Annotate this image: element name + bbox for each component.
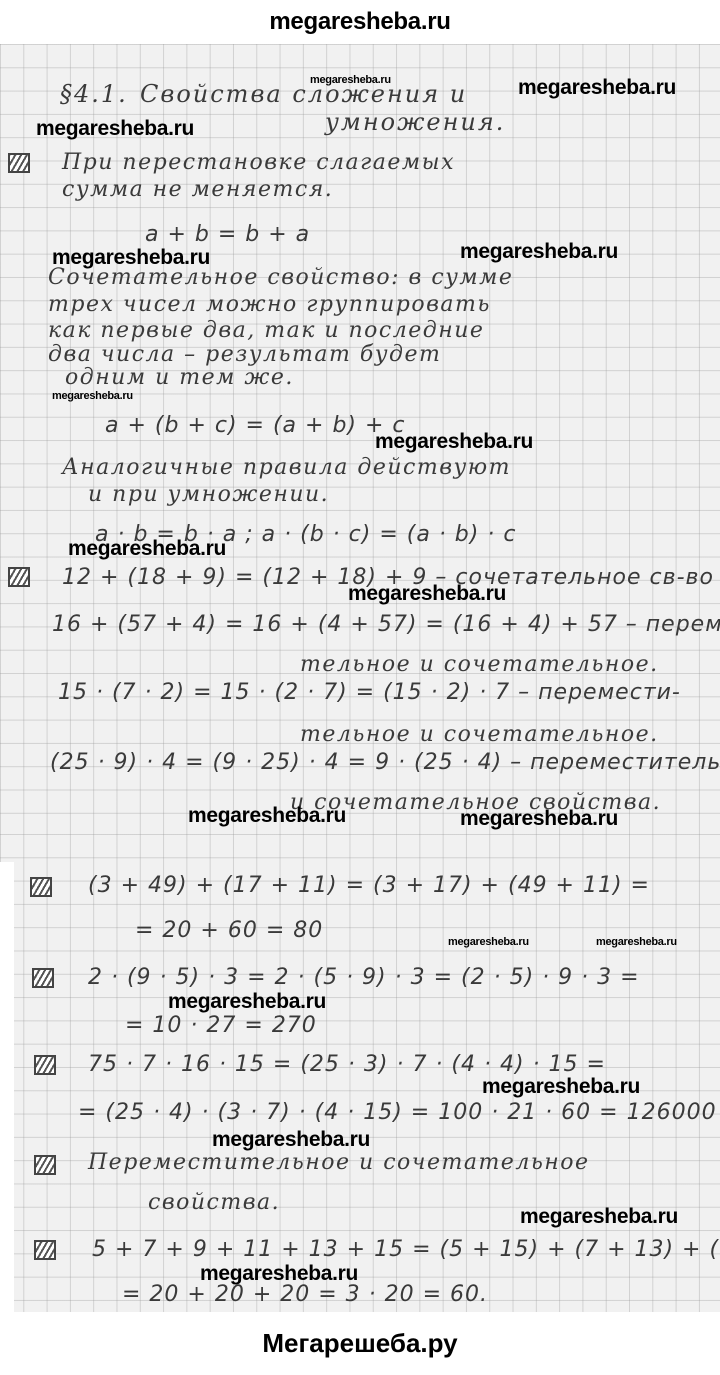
watermark: megaresheba.ru bbox=[520, 1205, 678, 1229]
problem-4-marker bbox=[32, 968, 54, 988]
problem-3-line: (3 + 49) + (17 + 11) = (3 + 17) + (49 + … bbox=[88, 873, 650, 898]
commutative-formula: a + b = b + a bbox=[145, 222, 310, 247]
watermark: megaresheba.ru bbox=[188, 804, 346, 828]
watermark: megaresheba.ru bbox=[348, 582, 506, 606]
watermark: megaresheba.ru bbox=[596, 936, 677, 948]
problem-1-line: При перестановке слагаемых bbox=[62, 150, 455, 175]
problem-7-line: 5 + 7 + 9 + 11 + 13 + 15 = (5 + 15) + (7… bbox=[92, 1237, 720, 1262]
watermark: megaresheba.ru bbox=[460, 807, 618, 831]
problem-2-line: (25 · 9) · 4 = (9 · 25) · 4 = 9 · (25 · … bbox=[50, 750, 720, 775]
problem-6-line: Переместительное и сочетательное bbox=[88, 1150, 590, 1175]
associative-formula: a + (b + c) = (a + b) + c bbox=[105, 413, 406, 438]
section-number: §4.1. bbox=[60, 80, 128, 108]
problem-2-line: 15 · (7 · 2) = 15 · (2 · 7) = (15 · 2) ·… bbox=[58, 680, 681, 705]
problem-2-marker bbox=[8, 567, 30, 587]
problem-1-line: и при умножении. bbox=[88, 482, 329, 507]
watermark: megaresheba.ru bbox=[518, 76, 676, 100]
problem-1-line: Аналогичные правила действуют bbox=[62, 455, 511, 480]
problem-1-line: одним и тем же. bbox=[65, 365, 294, 390]
problem-2-line: тельное и сочетательное. bbox=[300, 652, 659, 677]
problem-6-marker bbox=[34, 1155, 56, 1175]
watermark: megaresheba.ru bbox=[448, 936, 529, 948]
problem-6-line: свойства. bbox=[148, 1190, 280, 1215]
problem-7-marker bbox=[34, 1240, 56, 1260]
watermark: megaresheba.ru bbox=[482, 1075, 640, 1099]
problem-2-line: 16 + (57 + 4) = 16 + (4 + 57) = (16 + 4)… bbox=[52, 612, 720, 637]
problem-3-marker bbox=[30, 877, 52, 897]
problem-5-line: 75 · 7 · 16 · 15 = (25 · 3) · 7 · (4 · 4… bbox=[88, 1052, 606, 1077]
scan-margin bbox=[0, 862, 14, 1312]
watermark: megaresheba.ru bbox=[375, 430, 533, 454]
site-header[interactable]: megaresheba.ru bbox=[0, 0, 720, 44]
watermark: megaresheba.ru bbox=[460, 240, 618, 264]
problem-4-line: = 10 · 27 = 270 bbox=[125, 1013, 317, 1038]
watermark: megaresheba.ru bbox=[168, 990, 326, 1014]
problem-5-line: = (25 · 4) · (3 · 7) · (4 · 15) = 100 · … bbox=[78, 1100, 717, 1125]
problem-4-line: 2 · (9 · 5) · 3 = 2 · (5 · 9) · 3 = (2 ·… bbox=[88, 965, 640, 990]
watermark: megaresheba.ru bbox=[310, 74, 391, 86]
watermark: megaresheba.ru bbox=[212, 1128, 370, 1152]
site-footer[interactable]: Мегарешеба.ру bbox=[0, 1312, 720, 1375]
problem-2-line: тельное и сочетательное. bbox=[300, 722, 659, 747]
section-title-line2: умножения. bbox=[325, 108, 505, 136]
problem-1-line: трех чисел можно группировать bbox=[48, 292, 491, 317]
problem-1-line: сумма не меняется. bbox=[62, 177, 333, 202]
watermark: megaresheba.ru bbox=[52, 390, 133, 402]
problem-1-line: два числа – результат будет bbox=[48, 342, 441, 367]
watermark: megaresheba.ru bbox=[68, 537, 226, 561]
problem-1-marker bbox=[8, 153, 30, 173]
watermark: megaresheba.ru bbox=[52, 246, 210, 270]
section-title-line1: Свойства сложения и bbox=[140, 80, 467, 108]
watermark: megaresheba.ru bbox=[200, 1262, 358, 1286]
problem-5-marker bbox=[34, 1055, 56, 1075]
problem-1-line: как первые два, так и последние bbox=[48, 318, 484, 343]
problem-3-line: = 20 + 60 = 80 bbox=[135, 918, 323, 943]
watermark: megaresheba.ru bbox=[36, 117, 194, 141]
